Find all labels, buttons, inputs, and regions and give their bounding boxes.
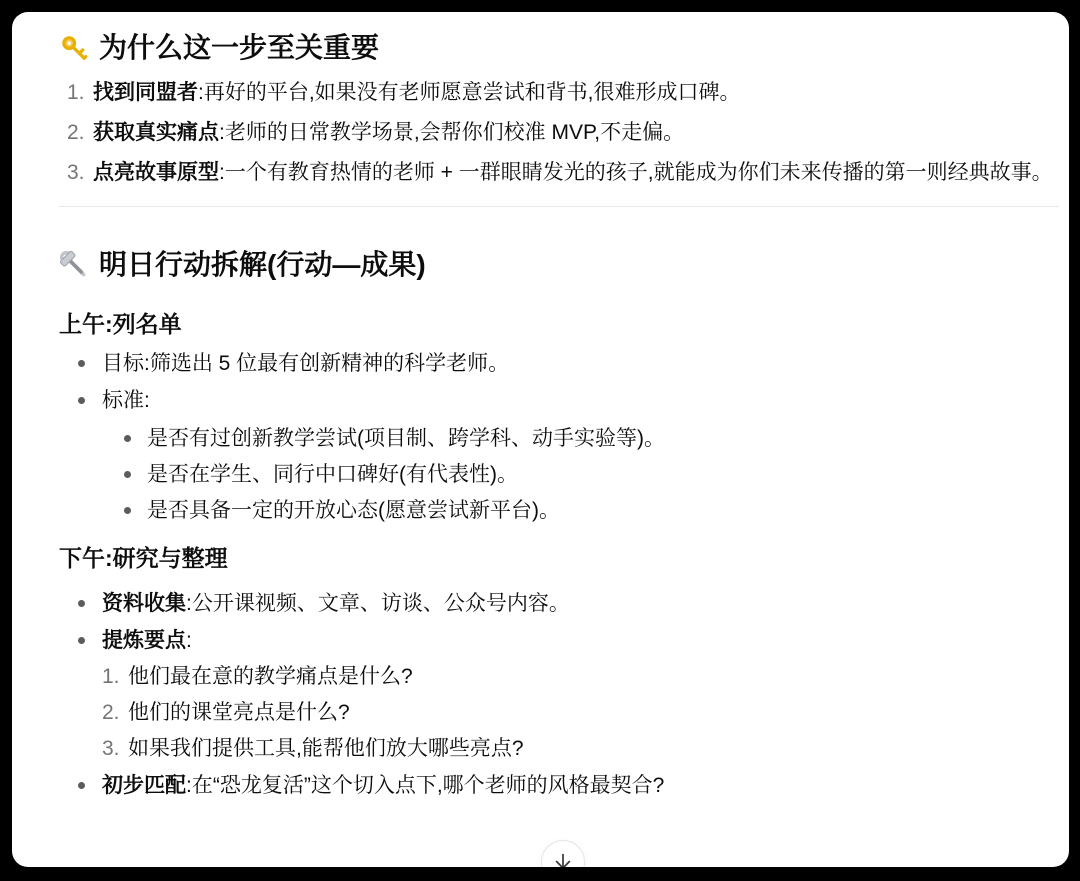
why-list: 1. 找到同盟者:再好的平台,如果没有老师愿意尝试和背书,很难形成口碑。 2. … xyxy=(59,76,1059,189)
criteria-list: 是否有过创新教学尝试(项目制、跨学科、动手实验等)。 是否在学生、同行中口碑好(… xyxy=(102,422,1059,527)
list-number: 1. xyxy=(102,660,120,693)
list-text: :老师的日常教学场景,会帮你们校准 MVP,不走偏。 xyxy=(219,121,684,144)
section-title-text: 为什么这一步至关重要 xyxy=(99,30,379,66)
list-text: 是否有过创新教学尝试(项目制、跨学科、动手实验等)。 xyxy=(147,427,665,450)
key-icon xyxy=(59,33,89,63)
section-divider xyxy=(59,206,1059,207)
list-item: 目标:筛选出 5 位最有创新精神的科学老师。 xyxy=(59,347,1059,380)
list-text: : xyxy=(186,629,192,652)
list-item: 是否有过创新教学尝试(项目制、跨学科、动手实验等)。 xyxy=(102,422,1059,455)
arrow-down-icon xyxy=(552,851,574,867)
bullet-icon xyxy=(78,397,85,404)
bullet-icon xyxy=(124,435,131,442)
list-term: 资料收集 xyxy=(102,592,186,615)
subheading-afternoon: 下午:研究与整理 xyxy=(59,543,1059,573)
list-number: 2. xyxy=(102,696,120,729)
bullet-icon xyxy=(78,600,85,607)
list-item: 是否具备一定的开放心态(愿意尝试新平台)。 xyxy=(102,494,1059,527)
message-content: 为什么这一步至关重要 1. 找到同盟者:再好的平台,如果没有老师愿意尝试和背书,… xyxy=(12,12,1069,802)
afternoon-list: 资料收集:公开课视频、文章、访谈、公众号内容。 提炼要点: 1. 他们最在意的教… xyxy=(59,587,1059,802)
list-item: 1. 他们最在意的教学痛点是什么? xyxy=(102,660,1059,693)
list-text: 他们的课堂亮点是什么? xyxy=(128,701,350,724)
list-item: 是否在学生、同行中口碑好(有代表性)。 xyxy=(102,458,1059,491)
bullet-icon xyxy=(124,471,131,478)
refine-points-list: 1. 他们最在意的教学痛点是什么? 2. 他们的课堂亮点是什么? 3. 如果我们… xyxy=(102,660,1059,765)
list-item: 提炼要点: 1. 他们最在意的教学痛点是什么? 2. 他们的课堂亮点是什么? 3… xyxy=(59,624,1059,765)
list-term: 点亮故事原型 xyxy=(93,161,219,184)
subheading-morning: 上午:列名单 xyxy=(59,309,1059,339)
list-item: 3. 如果我们提供工具,能帮他们放大哪些亮点? xyxy=(102,732,1059,765)
morning-list: 目标:筛选出 5 位最有创新精神的科学老师。 标准: 是否有过创新教学尝试(项目… xyxy=(59,347,1059,527)
list-number: 3. xyxy=(67,156,85,189)
list-text: 是否在学生、同行中口碑好(有代表性)。 xyxy=(147,463,518,486)
bullet-icon xyxy=(78,782,85,789)
list-item: 2. 获取真实痛点:老师的日常教学场景,会帮你们校准 MVP,不走偏。 xyxy=(59,116,1059,149)
chat-message-card: 为什么这一步至关重要 1. 找到同盟者:再好的平台,如果没有老师愿意尝试和背书,… xyxy=(12,12,1069,867)
list-term: 提炼要点 xyxy=(102,629,186,652)
list-item: 标准: 是否有过创新教学尝试(项目制、跨学科、动手实验等)。 是否在学生、同行中… xyxy=(59,384,1059,527)
list-text: :一个有教育热情的老师 + 一群眼睛发光的孩子,就能成为你们未来传播的第一则经典… xyxy=(219,161,1053,184)
list-term: 初步匹配 xyxy=(102,774,186,797)
bullet-icon xyxy=(78,637,85,644)
list-number: 2. xyxy=(67,116,85,149)
list-item: 3. 点亮故事原型:一个有教育热情的老师 + 一群眼睛发光的孩子,就能成为你们未… xyxy=(59,156,1059,189)
list-text: 标准: xyxy=(102,389,150,412)
list-item: 1. 找到同盟者:再好的平台,如果没有老师愿意尝试和背书,很难形成口碑。 xyxy=(59,76,1059,109)
bullet-icon xyxy=(78,360,85,367)
section-title-text: 明日行动拆解(行动—成果) xyxy=(99,247,426,283)
section-title-tomorrow: 明日行动拆解(行动—成果) xyxy=(59,247,1059,283)
hammer-wrench-icon xyxy=(59,250,89,280)
list-item: 2. 他们的课堂亮点是什么? xyxy=(102,696,1059,729)
bullet-icon xyxy=(124,507,131,514)
list-term: 找到同盟者 xyxy=(93,81,198,104)
list-text: :再好的平台,如果没有老师愿意尝试和背书,很难形成口碑。 xyxy=(198,81,741,104)
list-text: 是否具备一定的开放心态(愿意尝试新平台)。 xyxy=(147,499,560,522)
list-item: 资料收集:公开课视频、文章、访谈、公众号内容。 xyxy=(59,587,1059,620)
list-text: :公开课视频、文章、访谈、公众号内容。 xyxy=(186,592,570,615)
list-term: 获取真实痛点 xyxy=(93,121,219,144)
list-item: 初步匹配:在“恐龙复活”这个切入点下,哪个老师的风格最契合? xyxy=(59,769,1059,802)
list-number: 1. xyxy=(67,76,85,109)
list-text: 目标:筛选出 5 位最有创新精神的科学老师。 xyxy=(102,352,509,375)
list-text: 如果我们提供工具,能帮他们放大哪些亮点? xyxy=(128,737,524,760)
section-title-why: 为什么这一步至关重要 xyxy=(59,30,1059,66)
screenshot-root: { "why": { "icon": "key-icon", "title": … xyxy=(0,0,1080,881)
scroll-to-bottom-button[interactable] xyxy=(541,840,585,867)
list-number: 3. xyxy=(102,732,120,765)
list-text: :在“恐龙复活”这个切入点下,哪个老师的风格最契合? xyxy=(186,774,664,797)
list-text: 他们最在意的教学痛点是什么? xyxy=(128,665,413,688)
